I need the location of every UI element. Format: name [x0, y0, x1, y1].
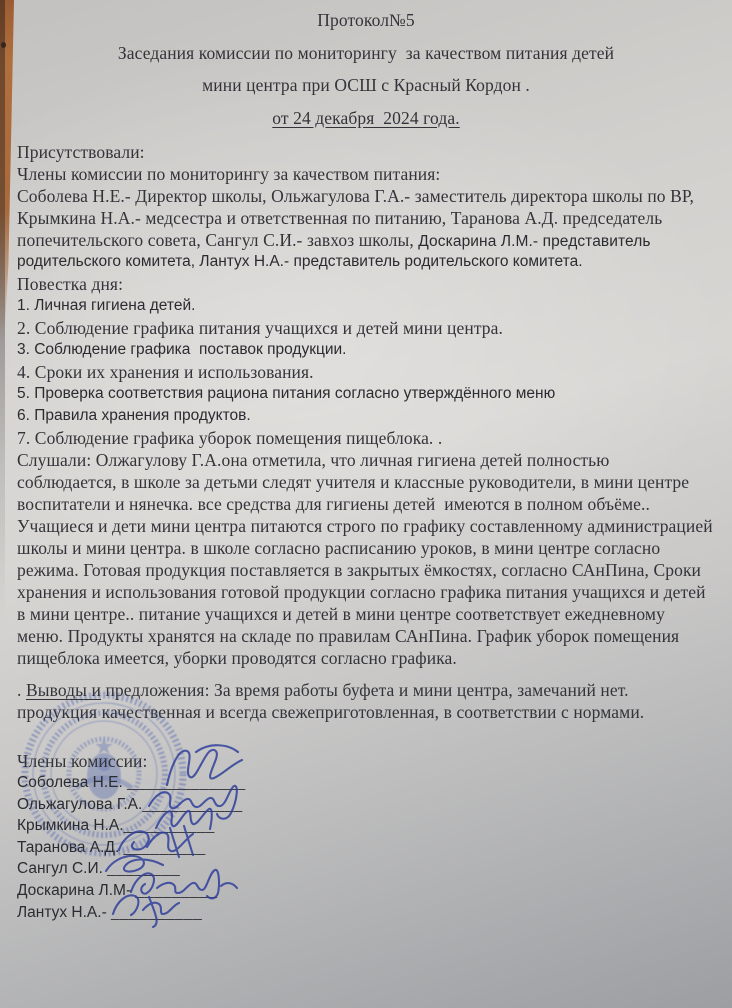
heard-line: хранения и использования готовой продукц…	[0, 581, 732, 603]
heading-line: мини центра при ОСШ с Красный Кордон .	[0, 70, 732, 103]
heard-line: школы и мини центра. в школе согласно ра…	[0, 537, 732, 559]
heard-line: соблюдается, в школе за детьми следят уч…	[0, 471, 732, 493]
heard-line: Учащиеся и дети мини центра питаются стр…	[0, 515, 732, 537]
signatures-label: Члены комиссии:	[0, 750, 732, 772]
agenda-item: 1. Личная гигиена детей.	[0, 295, 732, 317]
members-line-sans-part: Доскарина Л.М.- представитель	[418, 233, 650, 250]
signature-name: Сангул С.И.	[17, 860, 107, 877]
signature-row: Таранова А.Д. _________	[0, 837, 732, 859]
heard-line: Слушали: Олжагулову Г.А.она отметила, чт…	[0, 449, 732, 471]
agenda-label: Повестка дня:	[0, 273, 732, 295]
signature-row: Крымкина Н.А.__________	[0, 815, 732, 837]
signature-name: Крымкина Н.А.	[17, 817, 124, 834]
signature-line: _________	[135, 882, 217, 899]
conclusion-line: продукция качественная и всегда свежепри…	[0, 701, 732, 723]
document-text: Протокол№5 Заседания комиссии по монитор…	[0, 0, 732, 1008]
page-title: Протокол№5	[0, 5, 732, 38]
agenda-item: 5. Проверка соответствия рациона питания…	[0, 383, 732, 405]
heading-line: Заседания комиссии по мониторингу за кач…	[0, 38, 732, 71]
conclusion-rest: предложения: За время работы буфета и ми…	[101, 680, 629, 700]
signature-line: _________	[124, 839, 206, 856]
date-line: от 24 декабря 2024 года.	[0, 103, 732, 136]
heard-line: в мини центре.. питание учащихся и детей…	[0, 603, 732, 625]
agenda-item: 3. Соблюдение графика поставок продукции…	[0, 339, 732, 361]
members-line-serif-part: попечительского совета, Сангул С.И.- зав…	[17, 230, 418, 250]
agenda-item: 6. Правила хранения продуктов.	[0, 405, 732, 427]
document-photo: Протокол№5 Заседания комиссии по монитор…	[0, 0, 732, 1008]
signature-row: Сангул С.И. ________	[0, 858, 732, 880]
signature-name: Ольжагулова Г.А.	[17, 796, 142, 813]
members-line: попечительского совета, Сангул С.И.- зав…	[0, 229, 732, 251]
heard-line: пищеблока имеется, уборки проводятся сог…	[0, 647, 732, 669]
signature-line: __________	[124, 817, 215, 834]
conclusion-underlined: Выводы и	[26, 680, 101, 700]
signature-line: __________	[111, 904, 202, 921]
signature-name: Соболева Н.Е.	[17, 774, 127, 791]
members-line: родительского комитета, Лантух Н.А.- пре…	[0, 251, 732, 273]
signature-line: ___________	[142, 796, 242, 813]
signature-line: ________	[107, 860, 180, 877]
agenda-item: 4. Сроки их хранения и использования.	[0, 361, 732, 383]
signature-row: Доскарина Л.М- _________	[0, 880, 732, 902]
agenda-item: 7. Соблюдение графика уборок помещения п…	[0, 427, 732, 449]
signature-row: Соболева Н.Е. _____________	[0, 772, 732, 794]
members-line: Крымкина Н.А.- медсестра и ответственная…	[0, 207, 732, 229]
signature-name: Лантух Н.А.-	[17, 904, 111, 921]
signature-row: Ольжагулова Г.А.___________	[0, 794, 732, 816]
signature-name: Доскарина Л.М-	[17, 882, 135, 899]
members-line: Соболева Н.Е.- Директор школы, Ольжагуло…	[0, 185, 732, 207]
signature-row: Лантух Н.А.- __________	[0, 902, 732, 924]
document-header: Протокол№5 Заседания комиссии по монитор…	[0, 0, 732, 135]
heard-line: режима. Готовая продукция поставляется в…	[0, 559, 732, 581]
members-label: Члены комиссии по мониторингу за качеств…	[0, 163, 732, 185]
heard-line: меню. Продукты хранятся на складе по пра…	[0, 625, 732, 647]
document-body: Присутствовали: Члены комиссии по монито…	[0, 141, 732, 669]
conclusion-prefix: .	[17, 680, 26, 700]
conclusion-line: . Выводы и предложения: За время работы …	[0, 679, 732, 701]
signature-block: Члены комиссии: Соболева Н.Е. __________…	[0, 750, 732, 923]
heard-line: воспитатели и нянечка. все средства для …	[0, 493, 732, 515]
agenda-item: 2. Соблюдение графика питания учащихся и…	[0, 317, 732, 339]
signature-line: _____________	[127, 774, 246, 791]
present-label: Присутствовали:	[0, 141, 732, 163]
conclusion-block: . Выводы и предложения: За время работы …	[0, 679, 732, 723]
signature-name: Таранова А.Д.	[17, 839, 124, 856]
date-text: от 24 декабря 2024 года.	[272, 108, 459, 128]
